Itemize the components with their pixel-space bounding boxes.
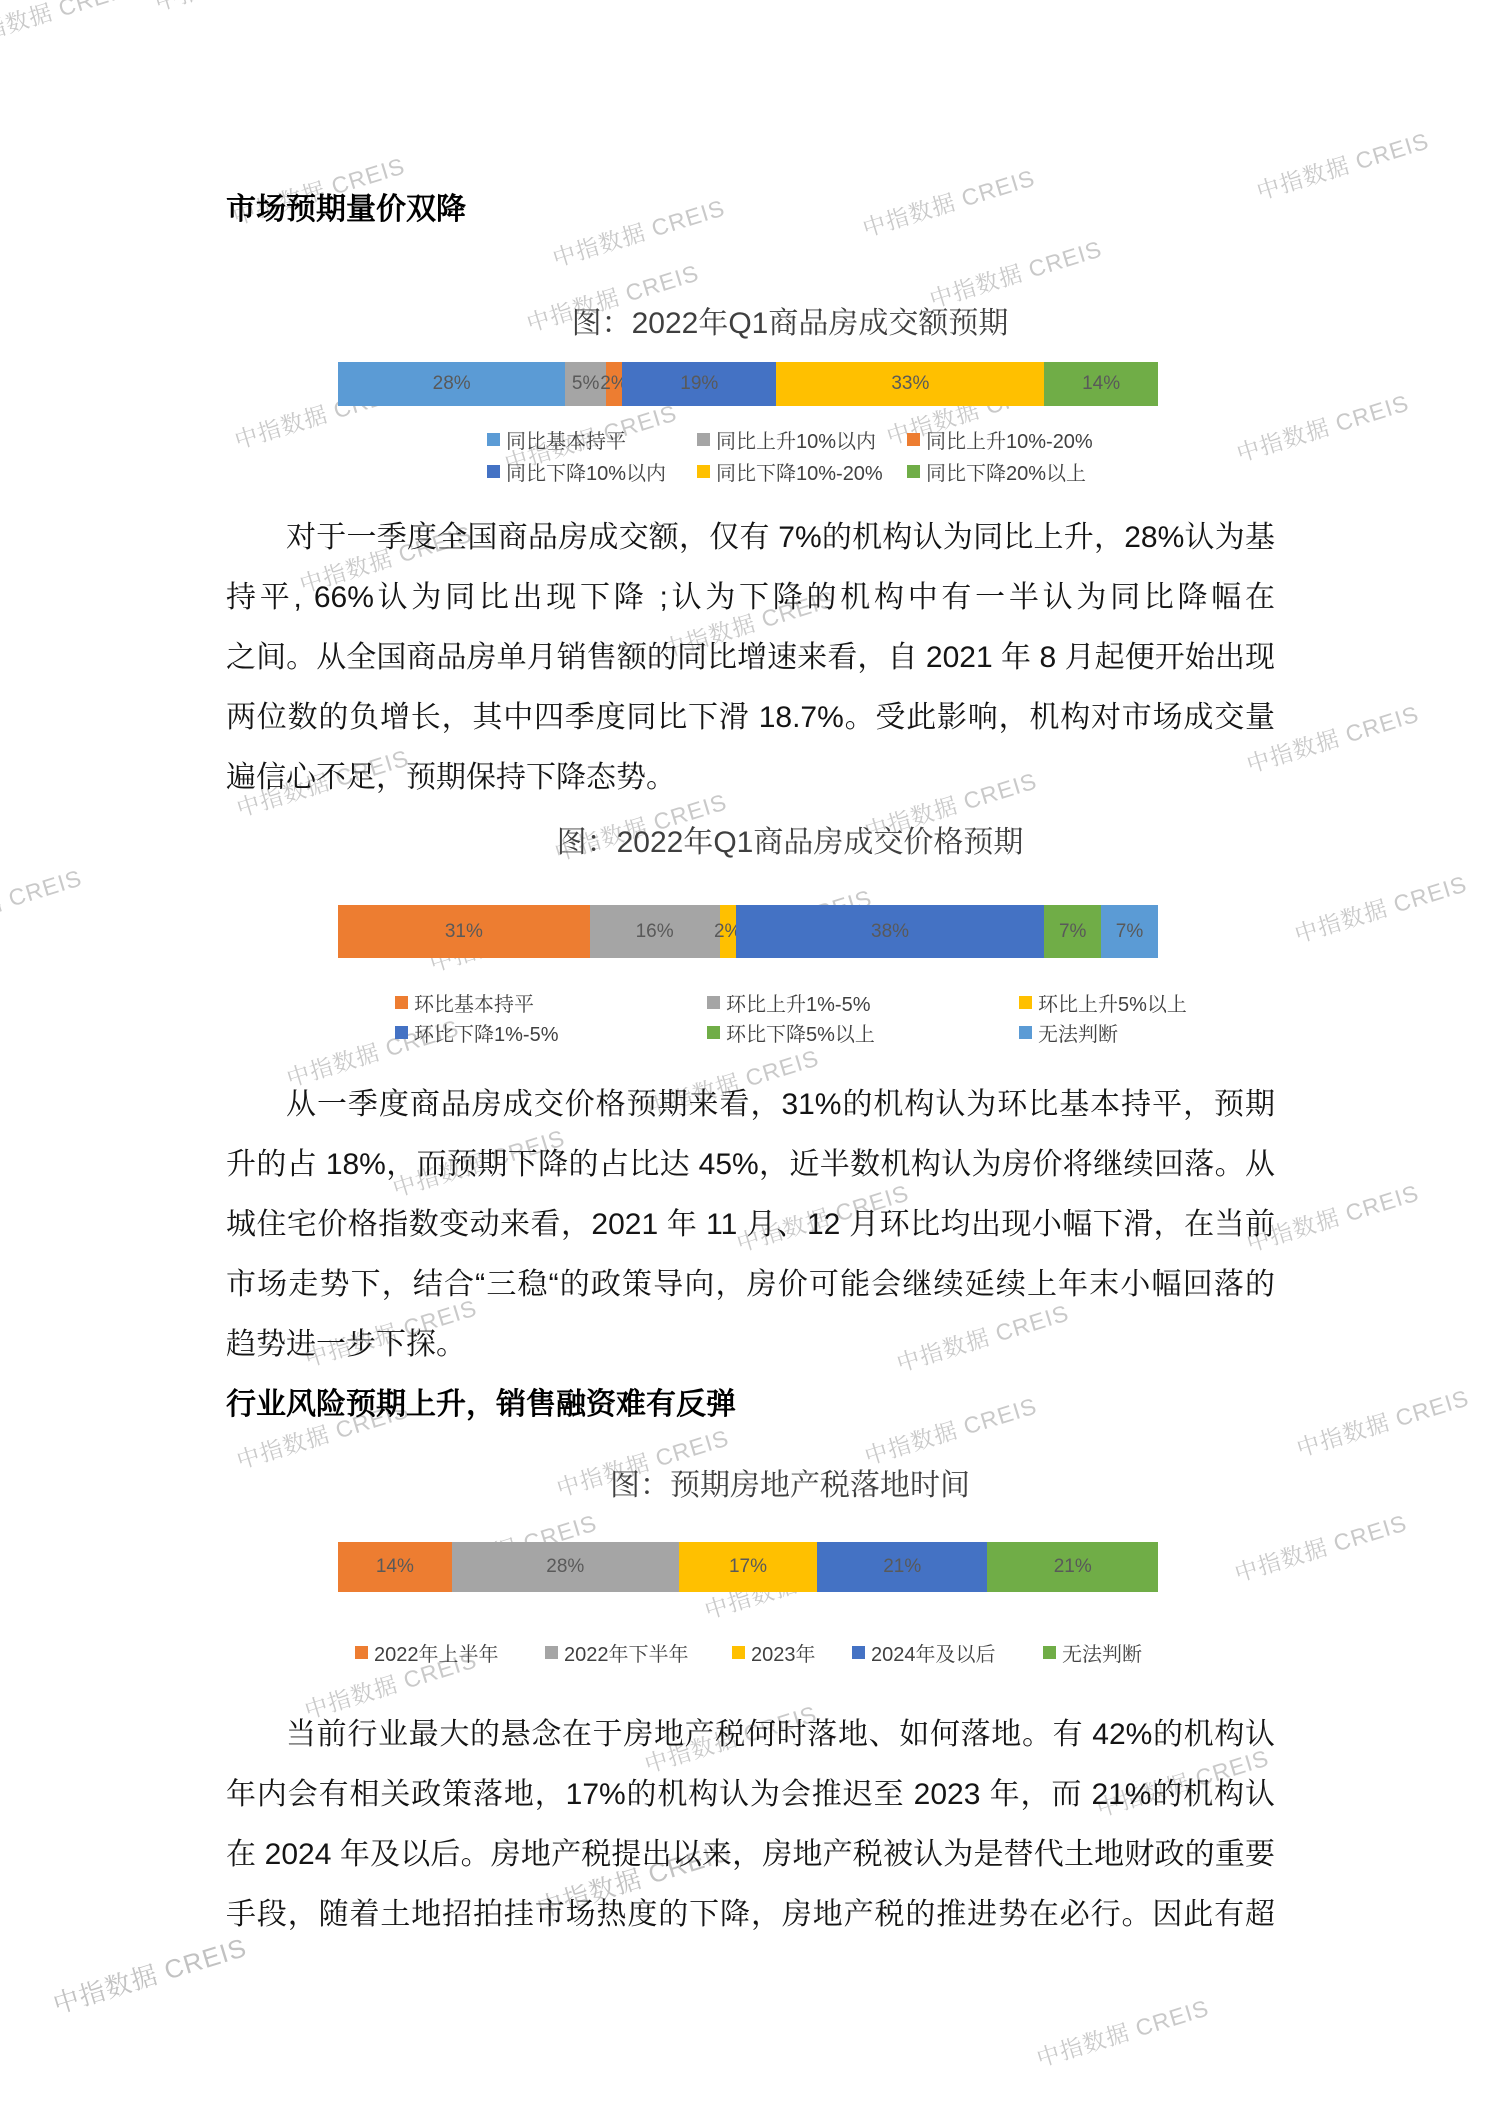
chart-title: 图：2022年Q1商品房成交额预期 bbox=[338, 298, 1158, 342]
bar-segment-2: 16% bbox=[590, 905, 720, 958]
paragraph-line: 之间。从全国商品房单月销售额的同比增速来看，自 2021 年 8 月起便开始出现 bbox=[226, 628, 1275, 688]
legend-label: 2023年 bbox=[751, 1638, 816, 1667]
legend-label: 环比基本持平 bbox=[414, 988, 534, 1017]
bar-segment-4: 38% bbox=[736, 905, 1045, 958]
legend-item: 无法判断 bbox=[1019, 1018, 1331, 1047]
legend-item: 同比下降20%以上 bbox=[907, 457, 1117, 486]
bar-segment-label: 33% bbox=[891, 373, 929, 395]
legend-swatch bbox=[487, 465, 500, 478]
legend-row: 同比基本持平同比上升10%以内同比上升10%-20% bbox=[338, 423, 1158, 455]
bar-segment-4: 21% bbox=[817, 1542, 987, 1592]
watermark-text: 中指数据 CREIS bbox=[1032, 1990, 1213, 2074]
chart-legend: 环比基本持平环比上升1%-5%环比上升5%以上环比下降1%-5%环比下降5%以上… bbox=[338, 987, 1158, 1047]
legend-label: 2024年及以后 bbox=[871, 1638, 996, 1667]
stacked-bar: 28%5%2%19%33%14% bbox=[338, 362, 1158, 406]
paragraph-price: 从一季度商品房成交价格预期来看，31%的机构认为环比基本持平，预期上升的占 18… bbox=[226, 1075, 1275, 1375]
watermark-text: 中指数据 CREIS bbox=[1292, 1380, 1473, 1464]
chart-title: 图：2022年Q1商品房成交价格预期 bbox=[338, 817, 1158, 861]
legend-swatch bbox=[487, 433, 500, 446]
paragraph-line: 趋势进一步下探。 bbox=[226, 1315, 1275, 1375]
legend-item: 环比下降1%-5% bbox=[395, 1018, 707, 1047]
legend-item: 2023年 bbox=[732, 1638, 852, 1667]
bar-segment-label: 7% bbox=[1059, 921, 1086, 943]
bar-segment-label: 19% bbox=[680, 373, 718, 395]
bar-segment-5: 21% bbox=[987, 1542, 1157, 1592]
watermark-text: 中指数据 CREIS bbox=[1290, 866, 1471, 950]
bar-segment-2: 28% bbox=[452, 1542, 679, 1592]
bar-segment-label: 21% bbox=[883, 1556, 921, 1578]
legend-row: 2022年上半年2022年下半年2023年2024年及以后无法判断 bbox=[338, 1637, 1158, 1667]
paragraph-line: 升的占 18%，而预期下降的占比达 45%，近半数机构认为房价将继续回落。从百 bbox=[226, 1135, 1275, 1195]
legend-label: 环比下降1%-5% bbox=[414, 1018, 558, 1047]
watermark-text: 中指数据 CREIS bbox=[150, 0, 331, 18]
legend-swatch bbox=[732, 1646, 745, 1659]
watermark-text: 中指数据 CREIS bbox=[0, 860, 86, 944]
legend-swatch bbox=[355, 1646, 368, 1659]
legend-swatch bbox=[395, 996, 408, 1009]
legend-label: 无法判断 bbox=[1038, 1018, 1118, 1047]
section-heading-market-expectation: 市场预期量价双降 bbox=[226, 190, 466, 230]
stacked-bar: 31%16%2%38%7%7% bbox=[338, 905, 1158, 958]
bar-segment-label: 21% bbox=[1054, 1556, 1092, 1578]
legend-label: 同比基本持平 bbox=[506, 425, 626, 454]
chart-legend: 2022年上半年2022年下半年2023年2024年及以后无法判断 bbox=[338, 1637, 1158, 1667]
stacked-bar: 14%28%17%21%21% bbox=[338, 1542, 1158, 1592]
legend-label: 同比下降10%以内 bbox=[506, 457, 666, 486]
bar-segment-1: 31% bbox=[338, 905, 590, 958]
legend-label: 2022年下半年 bbox=[564, 1638, 689, 1667]
legend-label: 同比下降10%-20% bbox=[716, 457, 883, 486]
bar-segment-label: 28% bbox=[546, 1556, 584, 1578]
paragraph-line: 手段，随着土地招拍挂市场热度的下降，房地产税的推进势在必行。因此有超四 bbox=[226, 1885, 1275, 1945]
legend-row: 环比基本持平环比上升1%-5%环比上升5%以上 bbox=[338, 987, 1158, 1017]
legend-label: 同比上升10%-20% bbox=[926, 425, 1093, 454]
legend-swatch bbox=[852, 1646, 865, 1659]
paragraph-line: 在 2024 年及以后。房地产税提出以来，房地产税被认为是替代土地财政的重要 bbox=[226, 1825, 1275, 1885]
legend-item: 同比上升10%以内 bbox=[697, 425, 907, 454]
legend-label: 环比下降5%以上 bbox=[726, 1018, 875, 1047]
legend-item: 环比基本持平 bbox=[395, 988, 707, 1017]
paragraph-line: 对于一季度全国商品房成交额，仅有 7%的机构认为同比上升，28%认为基本 bbox=[226, 508, 1275, 568]
paragraph-line: 遍信心不足，预期保持下降态势。 bbox=[226, 748, 1275, 808]
bar-segment-label: 7% bbox=[1116, 921, 1143, 943]
chart-legend: 同比基本持平同比上升10%以内同比上升10%-20%同比下降10%以内同比下降1… bbox=[338, 423, 1158, 487]
bar-segment-3: 2% bbox=[720, 905, 736, 958]
chart-price-expectation: 图：2022年Q1商品房成交价格预期31%16%2%38%7%7%环比基本持平环… bbox=[338, 810, 1158, 1050]
legend-item: 无法判断 bbox=[1043, 1638, 1142, 1667]
report-page: { "page": { "heading1": "市场预期量价双降", "hea… bbox=[0, 0, 1488, 2104]
bar-segment-label: 5% bbox=[572, 373, 599, 395]
legend-label: 无法判断 bbox=[1062, 1638, 1142, 1667]
legend-swatch bbox=[707, 1026, 720, 1039]
legend-label: 同比上升10%以内 bbox=[716, 425, 876, 454]
legend-swatch bbox=[1043, 1646, 1056, 1659]
paragraph-line: 两位数的负增长，其中四季度同比下滑 18.7%。受此影响，机构对市场成交量普 bbox=[226, 688, 1275, 748]
legend-label: 2022年上半年 bbox=[374, 1638, 499, 1667]
legend-row: 同比下降10%以内同比下降10%-20%同比下降20%以上 bbox=[338, 455, 1158, 487]
bar-segment-label: 38% bbox=[871, 921, 909, 943]
paragraph-line: 从一季度商品房成交价格预期来看，31%的机构认为环比基本持平，预期上 bbox=[226, 1075, 1275, 1135]
chart-title: 图：预期房地产税落地时间 bbox=[338, 1460, 1158, 1504]
paragraph-line: 持平, 66%认为同比出现下降 ;认为下降的机构中有一半认为同比降幅在 10%-… bbox=[226, 568, 1275, 628]
legend-label: 环比上升1%-5% bbox=[726, 988, 870, 1017]
bar-segment-6: 14% bbox=[1044, 362, 1158, 406]
paragraph-sales-volume: 对于一季度全国商品房成交额，仅有 7%的机构认为同比上升，28%认为基本持平, … bbox=[226, 508, 1275, 808]
watermark-text: 中指数据 CREIS bbox=[1230, 1505, 1411, 1589]
legend-row: 环比下降1%-5%环比下降5%以上无法判断 bbox=[338, 1017, 1158, 1047]
legend-swatch bbox=[697, 433, 710, 446]
bar-segment-label: 17% bbox=[729, 1556, 767, 1578]
bar-segment-3: 2% bbox=[606, 362, 622, 406]
watermark-text: 中指数据 CREIS bbox=[1232, 385, 1413, 469]
bar-segment-4: 19% bbox=[622, 362, 776, 406]
legend-swatch bbox=[395, 1026, 408, 1039]
bar-segment-3: 17% bbox=[679, 1542, 817, 1592]
bar-segment-1: 14% bbox=[338, 1542, 452, 1592]
legend-item: 同比下降10%以内 bbox=[487, 457, 697, 486]
paragraph-line: 当前行业最大的悬念在于房地产税何时落地、如何落地。有 42%的机构认为 bbox=[226, 1705, 1275, 1765]
legend-item: 同比基本持平 bbox=[487, 425, 697, 454]
legend-item: 环比上升1%-5% bbox=[707, 988, 1019, 1017]
chart-property-tax-timing: 图：预期房地产税落地时间14%28%17%21%21%2022年上半年2022年… bbox=[338, 1453, 1158, 1683]
legend-swatch bbox=[907, 465, 920, 478]
watermark-text: 中指数据 CREIS bbox=[858, 160, 1039, 244]
watermark-text: 中指数据 CREIS bbox=[1252, 123, 1433, 207]
bar-segment-5: 33% bbox=[776, 362, 1044, 406]
chart-sales-volume-expectation: 图：2022年Q1商品房成交额预期28%5%2%19%33%14%同比基本持平同… bbox=[338, 290, 1158, 510]
legend-swatch bbox=[1019, 1026, 1032, 1039]
legend-item: 同比下降10%-20% bbox=[697, 457, 907, 486]
legend-item: 2024年及以后 bbox=[852, 1638, 1043, 1667]
watermark-text: 中指数据 CREIS bbox=[548, 190, 729, 274]
bar-segment-label: 31% bbox=[445, 921, 483, 943]
paragraph-line: 城住宅价格指数变动来看，2021 年 11 月、12 月环比均出现小幅下滑，在当… bbox=[226, 1195, 1275, 1255]
paragraph-property-tax: 当前行业最大的悬念在于房地产税何时落地、如何落地。有 42%的机构认为年内会有相… bbox=[226, 1705, 1275, 1945]
bar-segment-6: 7% bbox=[1101, 905, 1158, 958]
section-heading-industry-risk: 行业风险预期上升，销售融资难有反弹 bbox=[226, 1385, 736, 1425]
legend-item: 2022年下半年 bbox=[545, 1638, 732, 1667]
watermark-text: 中指数据 CREIS bbox=[48, 1927, 251, 2021]
bar-segment-label: 14% bbox=[1082, 373, 1120, 395]
bar-segment-label: 28% bbox=[433, 373, 471, 395]
legend-swatch bbox=[545, 1646, 558, 1659]
legend-swatch bbox=[907, 433, 920, 446]
legend-item: 环比上升5%以上 bbox=[1019, 988, 1331, 1017]
watermark-text: 中指数据 CREIS bbox=[0, 0, 136, 54]
bar-segment-5: 7% bbox=[1044, 905, 1101, 958]
legend-label: 环比上升5%以上 bbox=[1038, 988, 1187, 1017]
legend-label: 同比下降20%以上 bbox=[926, 457, 1086, 486]
legend-item: 2022年上半年 bbox=[355, 1638, 545, 1667]
legend-swatch bbox=[1019, 996, 1032, 1009]
bar-segment-1: 28% bbox=[338, 362, 565, 406]
bar-segment-label: 16% bbox=[636, 921, 674, 943]
bar-segment-label: 14% bbox=[376, 1556, 414, 1578]
legend-swatch bbox=[697, 465, 710, 478]
paragraph-line: 市场走势下，结合“三稳“的政策导向，房价可能会继续延续上年末小幅回落的 bbox=[226, 1255, 1275, 1315]
legend-item: 同比上升10%-20% bbox=[907, 425, 1117, 454]
paragraph-line: 年内会有相关政策落地，17%的机构认为会推迟至 2023 年，而 21%的机构认… bbox=[226, 1765, 1275, 1825]
legend-swatch bbox=[707, 996, 720, 1009]
legend-item: 环比下降5%以上 bbox=[707, 1018, 1019, 1047]
